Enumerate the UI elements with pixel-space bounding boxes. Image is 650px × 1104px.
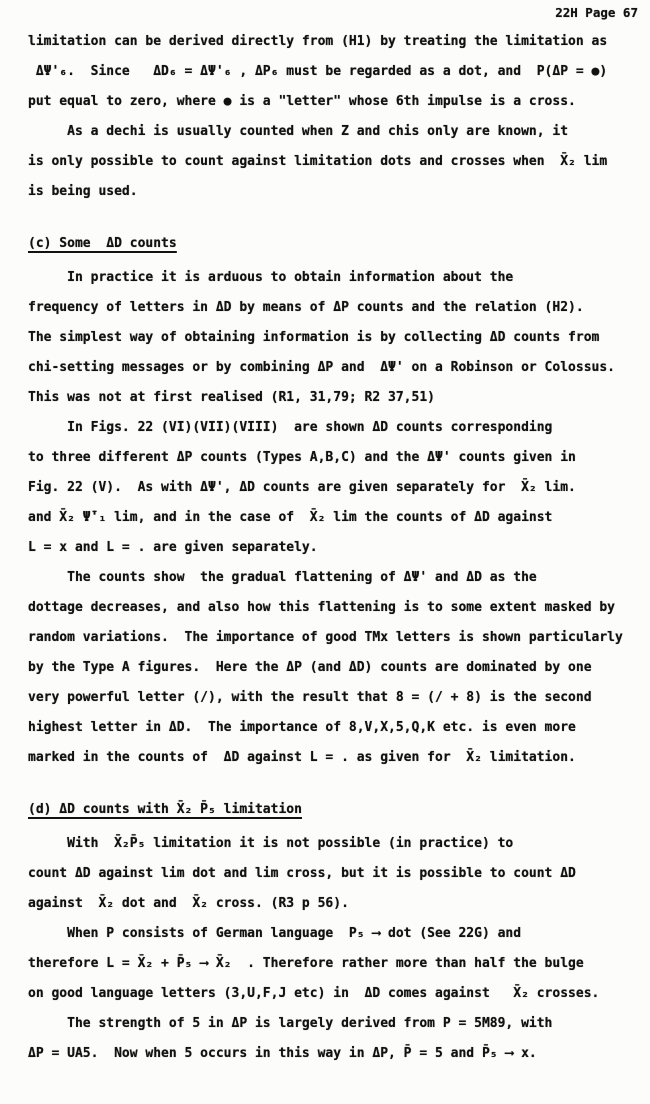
text-line: marked in the counts of ΔD against L = .… — [28, 743, 644, 773]
text-line: and X̄₂ Ψ̄'₁ lim, and in the case of X̄₂… — [28, 503, 644, 533]
text-line: L = x and L = . are given separately. — [28, 533, 644, 563]
section-heading: (c) Some ΔD counts — [28, 229, 644, 259]
document-body: limitation can be derived directly from … — [0, 21, 650, 1069]
text-line: The simplest way of obtaining informatio… — [28, 323, 644, 353]
text-line: is only possible to count against limita… — [28, 147, 644, 177]
text-line: put equal to zero, where ● is a "letter"… — [28, 87, 644, 117]
text-line: to three different ΔP counts (Types A,B,… — [28, 443, 644, 473]
text-line: highest letter in ΔD. The importance of … — [28, 713, 644, 743]
text-line: In practice it is arduous to obtain info… — [28, 263, 644, 293]
page-header: 22H Page 67 — [0, 0, 650, 21]
text-line: on good language letters (3,U,F,J etc) i… — [28, 979, 644, 1009]
text-line: chi-setting messages or by combining ΔP … — [28, 353, 644, 383]
text-line: against X̄₂ dot and X̄₂ cross. (R3 p 56)… — [28, 889, 644, 919]
document-page: 22H Page 67 limitation can be derived di… — [0, 0, 650, 1104]
text-line: The counts show the gradual flattening o… — [28, 563, 644, 593]
text-line: ΔP = UA5. Now when 5 occurs in this way … — [28, 1039, 644, 1069]
text-line: Fig. 22 (V). As with ΔΨ', ΔD counts are … — [28, 473, 644, 503]
text-line: When P consists of German language P₅ ⟶ … — [28, 919, 644, 949]
text-line: frequency of letters in ΔD by means of Δ… — [28, 293, 644, 323]
text-line: by the Type A figures. Here the ΔP (and … — [28, 653, 644, 683]
text-line: In Figs. 22 (VI)(VII)(VIII) are shown ΔD… — [28, 413, 644, 443]
text-line: The strength of 5 in ΔP is largely deriv… — [28, 1009, 644, 1039]
text-line: therefore L = X̄₂ + P̄₅ ⟶ X̄₂ . Therefor… — [28, 949, 644, 979]
text-line: dottage decreases, and also how this fla… — [28, 593, 644, 623]
text-line: very powerful letter (/), with the resul… — [28, 683, 644, 713]
text-line: ΔΨ'₆. Since ΔD₆ = ΔΨ'₆ , ΔP₆ must be reg… — [28, 57, 644, 87]
text-line: random variations. The importance of goo… — [28, 623, 644, 653]
text-line: is being used. — [28, 177, 644, 207]
text-line: With X̄₂P̄₅ limitation it is not possibl… — [28, 829, 644, 859]
text-line: As a dechi is usually counted when Z and… — [28, 117, 644, 147]
text-line: limitation can be derived directly from … — [28, 27, 644, 57]
text-line: count ΔD against lim dot and lim cross, … — [28, 859, 644, 889]
text-line: This was not at first realised (R1, 31,7… — [28, 383, 644, 413]
section-heading: (d) ΔD counts with X̄₂ P̄₅ limitation — [28, 795, 644, 825]
